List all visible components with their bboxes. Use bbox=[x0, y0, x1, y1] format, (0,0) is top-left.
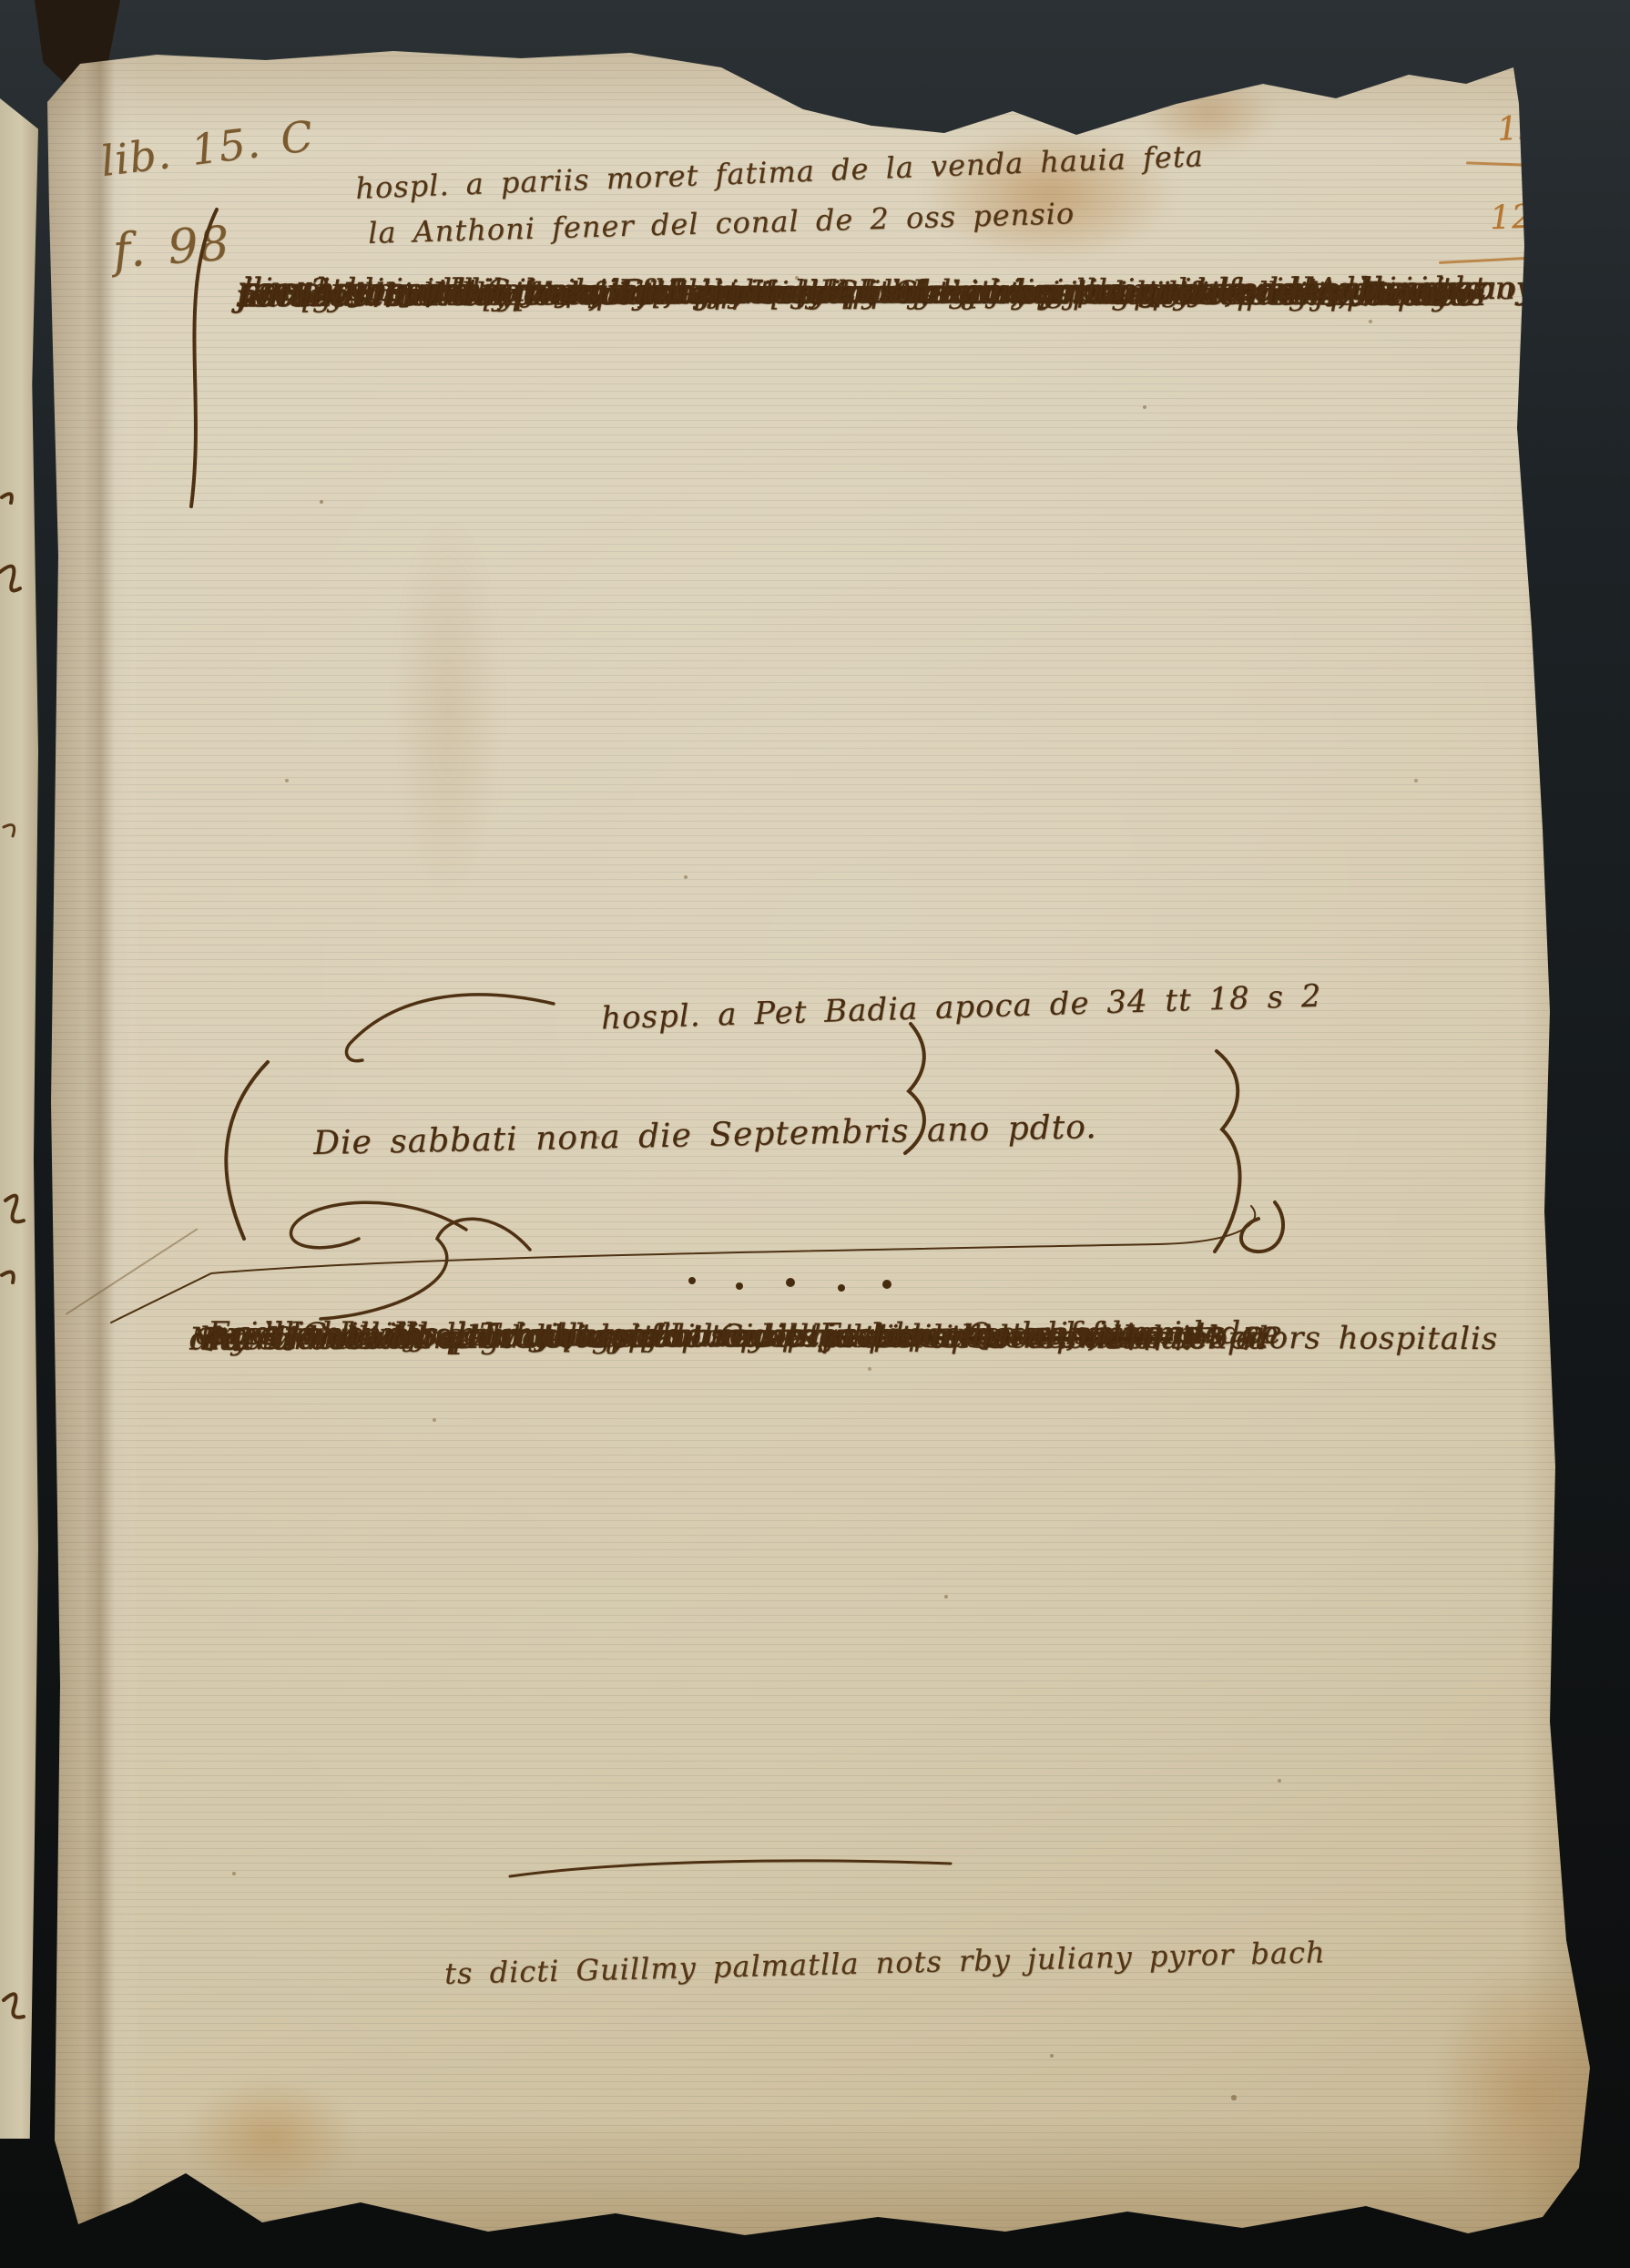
corner-stain bbox=[184, 2077, 357, 2195]
gutter-underpage-edge bbox=[0, 98, 38, 2139]
manuscript-text-line: januey vnid dquis capiard jnpliand prara… bbox=[237, 262, 1467, 322]
gutter-ink-marks bbox=[0, 98, 38, 2139]
manuscript-photo: lib. 15. C f. 98 129 120 hospl. a pariis… bbox=[0, 0, 1630, 2268]
ink-blot bbox=[1537, 109, 1581, 148]
manuscript-text-line: dny Mccccxb. qd volo esse cassu p Et ido… bbox=[189, 1307, 1149, 1365]
folio-number-old: 129 bbox=[1496, 107, 1564, 148]
ink-blot-tail bbox=[1548, 140, 1559, 191]
margin-folio-mark: f. 98 bbox=[111, 217, 231, 280]
folio-number-new: 120 bbox=[1489, 198, 1555, 237]
manuscript-page: lib. 15. C f. 98 129 120 hospl. a pariis… bbox=[47, 46, 1595, 2235]
damp-stain bbox=[393, 519, 503, 902]
edge-stain bbox=[1431, 1958, 1623, 2232]
